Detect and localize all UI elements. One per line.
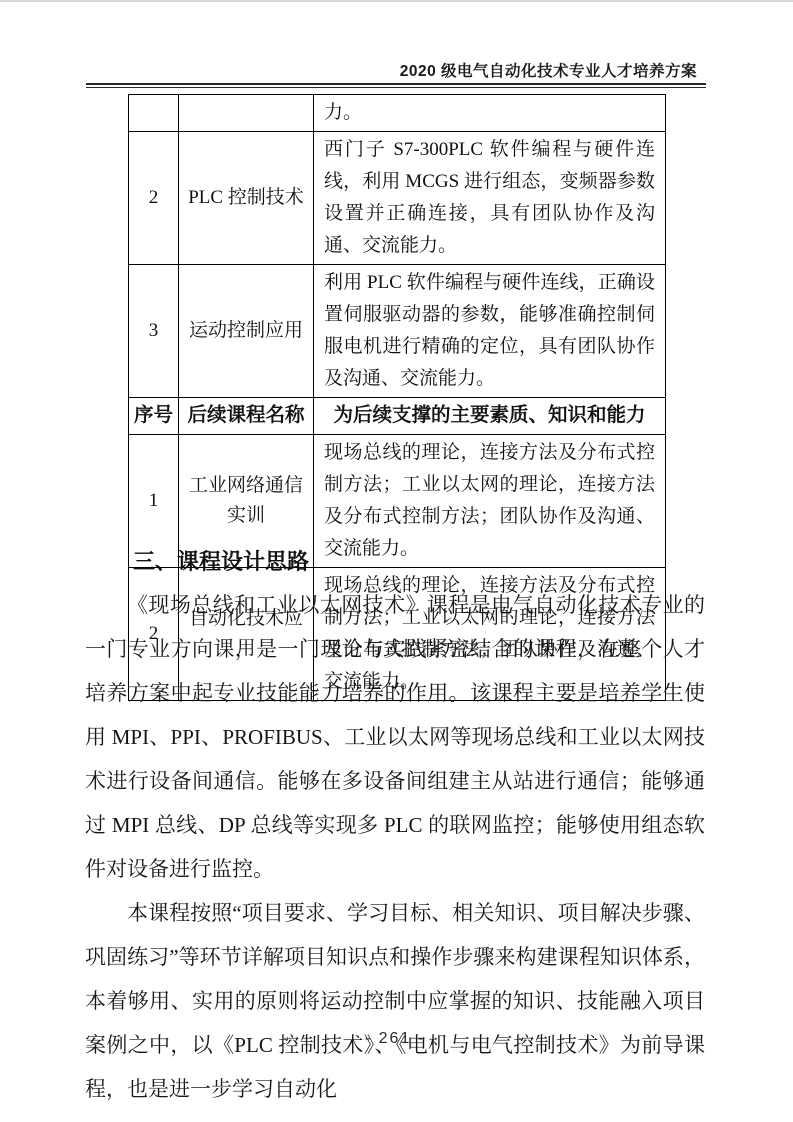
header-cell-seq: 序号	[129, 398, 179, 435]
page-top-edge-line	[0, 0, 793, 2]
body-paragraph-1: 《现场总线和工业以太网技术》课程是电气自动化技术专业的一门专业方向课，是一门理论…	[85, 583, 705, 891]
running-header-title: 2020 级电气自动化技术专业人才培养方案	[85, 59, 697, 81]
cell-description: 利用 PLC 软件编程与硬件连线，正确设置伺服驱动器的参数，能够准确控制伺服电机…	[314, 265, 666, 398]
body-paragraph-2: 本课程按照“项目要求、学习目标、相关知识、项目解决步骤、巩固练习”等环节详解项目…	[85, 891, 705, 1111]
header-cell-description: 为后续支撑的主要素质、知识和能力	[314, 398, 666, 435]
page-number: - 261 -	[85, 1030, 705, 1048]
document-page: 2020 级电气自动化技术专业人才培养方案 力。 2 PLC 控制技术 西门子 …	[0, 0, 793, 1122]
cell-course-name	[179, 95, 314, 132]
table-header-row: 序号 后续课程名称 为后续支撑的主要素质、知识和能力	[129, 398, 666, 435]
cell-course-name: 运动控制应用	[179, 265, 314, 398]
cell-seq: 3	[129, 265, 179, 398]
cell-course-name: PLC 控制技术	[179, 132, 314, 265]
table-row-carryover: 力。	[129, 95, 666, 132]
cell-seq	[129, 95, 179, 132]
table-row: 3 运动控制应用 利用 PLC 软件编程与硬件连线，正确设置伺服驱动器的参数，能…	[129, 265, 666, 398]
header-cell-course-name: 后续课程名称	[179, 398, 314, 435]
table-row: 2 PLC 控制技术 西门子 S7-300PLC 软件编程与硬件连线，利用 MC…	[129, 132, 666, 265]
cell-description: 西门子 S7-300PLC 软件编程与硬件连线，利用 MCGS 进行组态，变频器…	[314, 132, 666, 265]
header-double-rule	[86, 83, 706, 88]
section-heading: 三、课程设计思路	[85, 545, 705, 576]
cell-description: 力。	[314, 95, 666, 132]
cell-seq: 2	[129, 132, 179, 265]
